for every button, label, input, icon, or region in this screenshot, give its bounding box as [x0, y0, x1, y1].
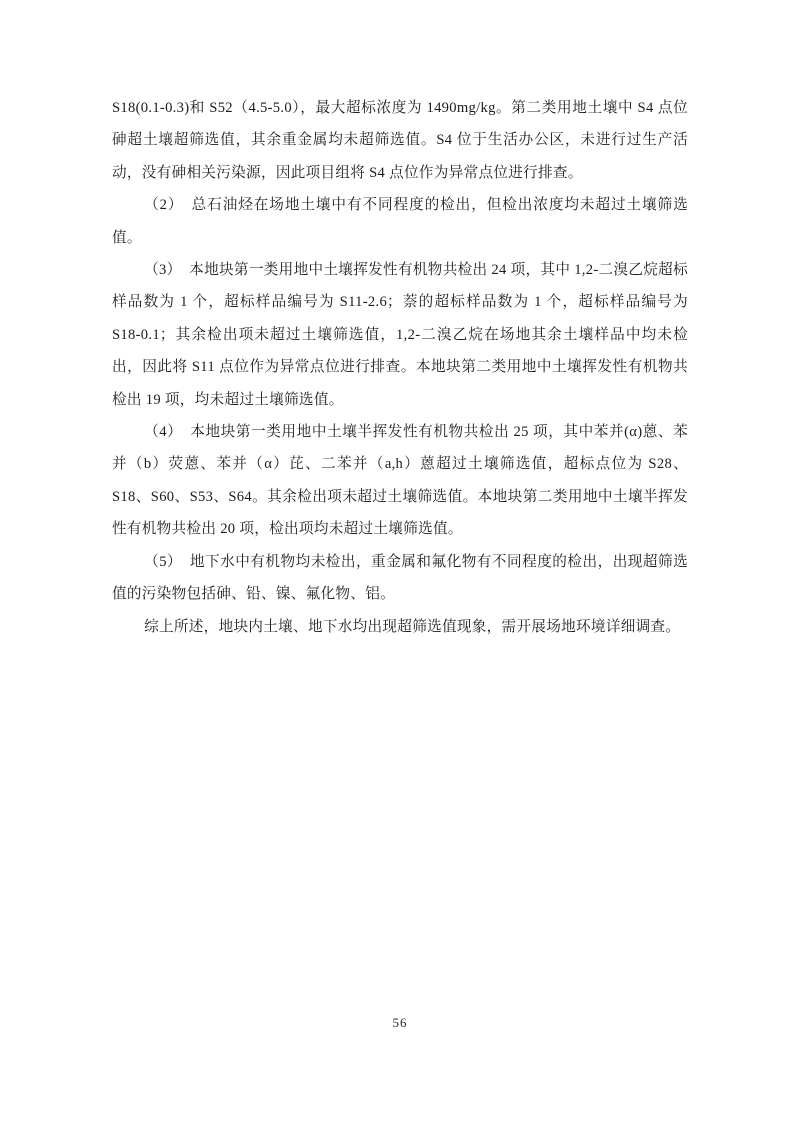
paragraph-item-3: （3） 本地块第一类用地中土壤挥发性有机物共检出 24 项，其中 1,2-二溴乙…	[112, 254, 688, 416]
document-page: S18(0.1-0.3)和 S52（4.5-5.0），最大超标浓度为 1490m…	[0, 0, 800, 1131]
page-footer: 56	[0, 1014, 800, 1032]
paragraph-continuation: S18(0.1-0.3)和 S52（4.5-5.0），最大超标浓度为 1490m…	[112, 92, 688, 189]
paragraph-item-4: （4） 本地块第一类用地中土壤半挥发性有机物共检出 25 项，其中苯并(α)蒽、…	[112, 416, 688, 546]
paragraph-conclusion: 综上所述，地块内土壤、地下水均出现超筛选值现象，需开展场地环境详细调查。	[112, 611, 688, 643]
paragraph-item-2: （2） 总石油烃在场地土壤中有不同程度的检出，但检出浓度均未超过土壤筛选值。	[112, 189, 688, 254]
paragraph-item-5: （5） 地下水中有机物均未检出，重金属和氟化物有不同程度的检出，出现超筛选值的污…	[112, 546, 688, 611]
page-body: S18(0.1-0.3)和 S52（4.5-5.0），最大超标浓度为 1490m…	[112, 92, 688, 643]
page-number: 56	[393, 1015, 408, 1030]
